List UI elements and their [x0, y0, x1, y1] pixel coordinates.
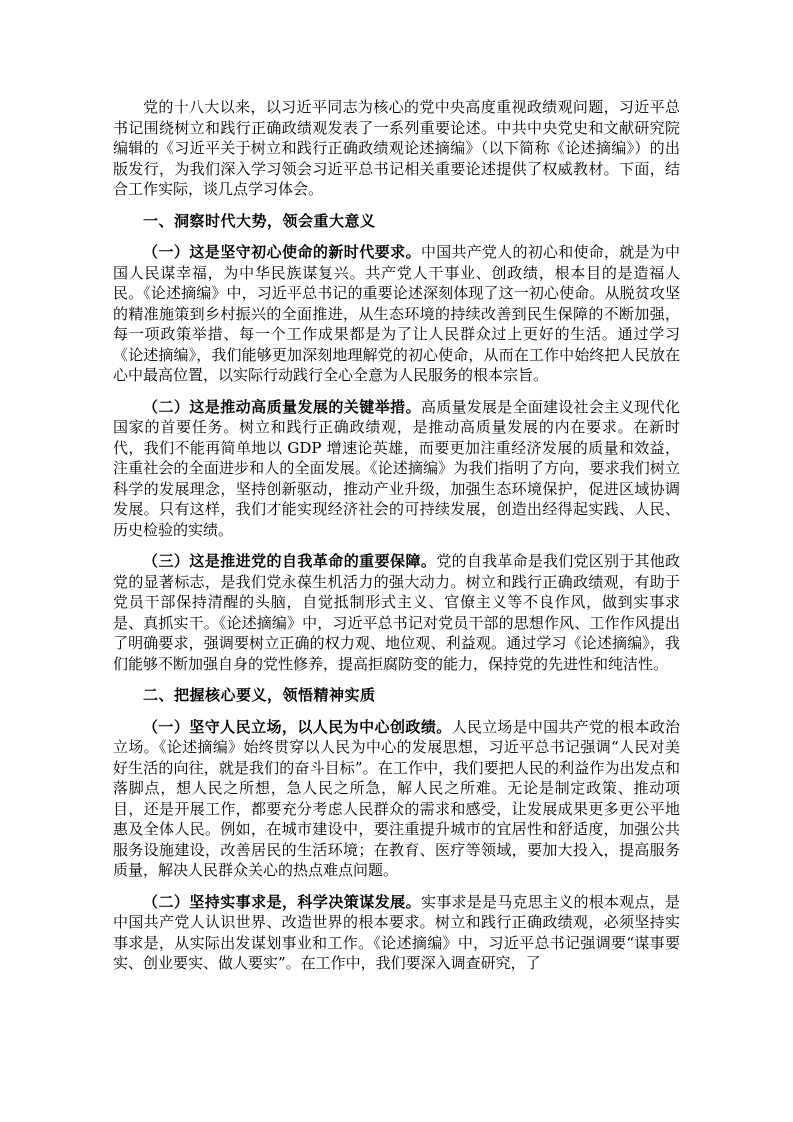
paragraph: （二）这是推动高质量发展的关键举措。高质量发展是全面建设社会主义现代化国家的首要…	[113, 397, 680, 541]
document-page: 党的十八大以来，以习近平同志为核心的党中央高度重视政绩观问题，习近平总书记围绕树…	[0, 0, 793, 1122]
paragraph-bold-lead: （一）坚守人民立场，以人民为中心创政绩。	[143, 718, 452, 736]
paragraph: （三）这是推进党的自我革命的重要保障。党的自我革命是我们党区别于其他政党的显著标…	[113, 551, 680, 674]
paragraph: 党的十八大以来，以习近平同志为核心的党中央高度重视政绩观问题，习近平总书记围绕树…	[113, 97, 680, 200]
paragraph-bold-lead: （三）这是推进党的自我革命的重要保障。	[143, 552, 436, 570]
paragraph: （一）坚守人民立场，以人民为中心创政绩。人民立场是中国共产党的根本政治立场。《论…	[113, 717, 680, 881]
paragraph: （二）坚持实事求是，科学决策谋发展。实事求是是马克思主义的根本观点，是中国共产党…	[113, 892, 680, 974]
paragraph-bold-lead: （一）这是坚守初心使命的新时代要求。	[143, 243, 421, 261]
paragraph-bold-lead: （二）坚持实事求是，科学决策谋发展。	[143, 893, 421, 911]
paragraph-bold-lead: （二）这是推动高质量发展的关键举措。	[143, 398, 421, 416]
section-heading: 二、把握核心要义，领悟精神实质	[113, 685, 680, 706]
document-content: 党的十八大以来，以习近平同志为核心的党中央高度重视政绩观问题，习近平总书记围绕树…	[113, 97, 680, 974]
paragraph: （一）这是坚守初心使命的新时代要求。中国共产党人的初心和使命，就是为中国人民谋幸…	[113, 242, 680, 386]
section-heading: 一、洞察时代大势，领会重大意义	[113, 211, 680, 232]
